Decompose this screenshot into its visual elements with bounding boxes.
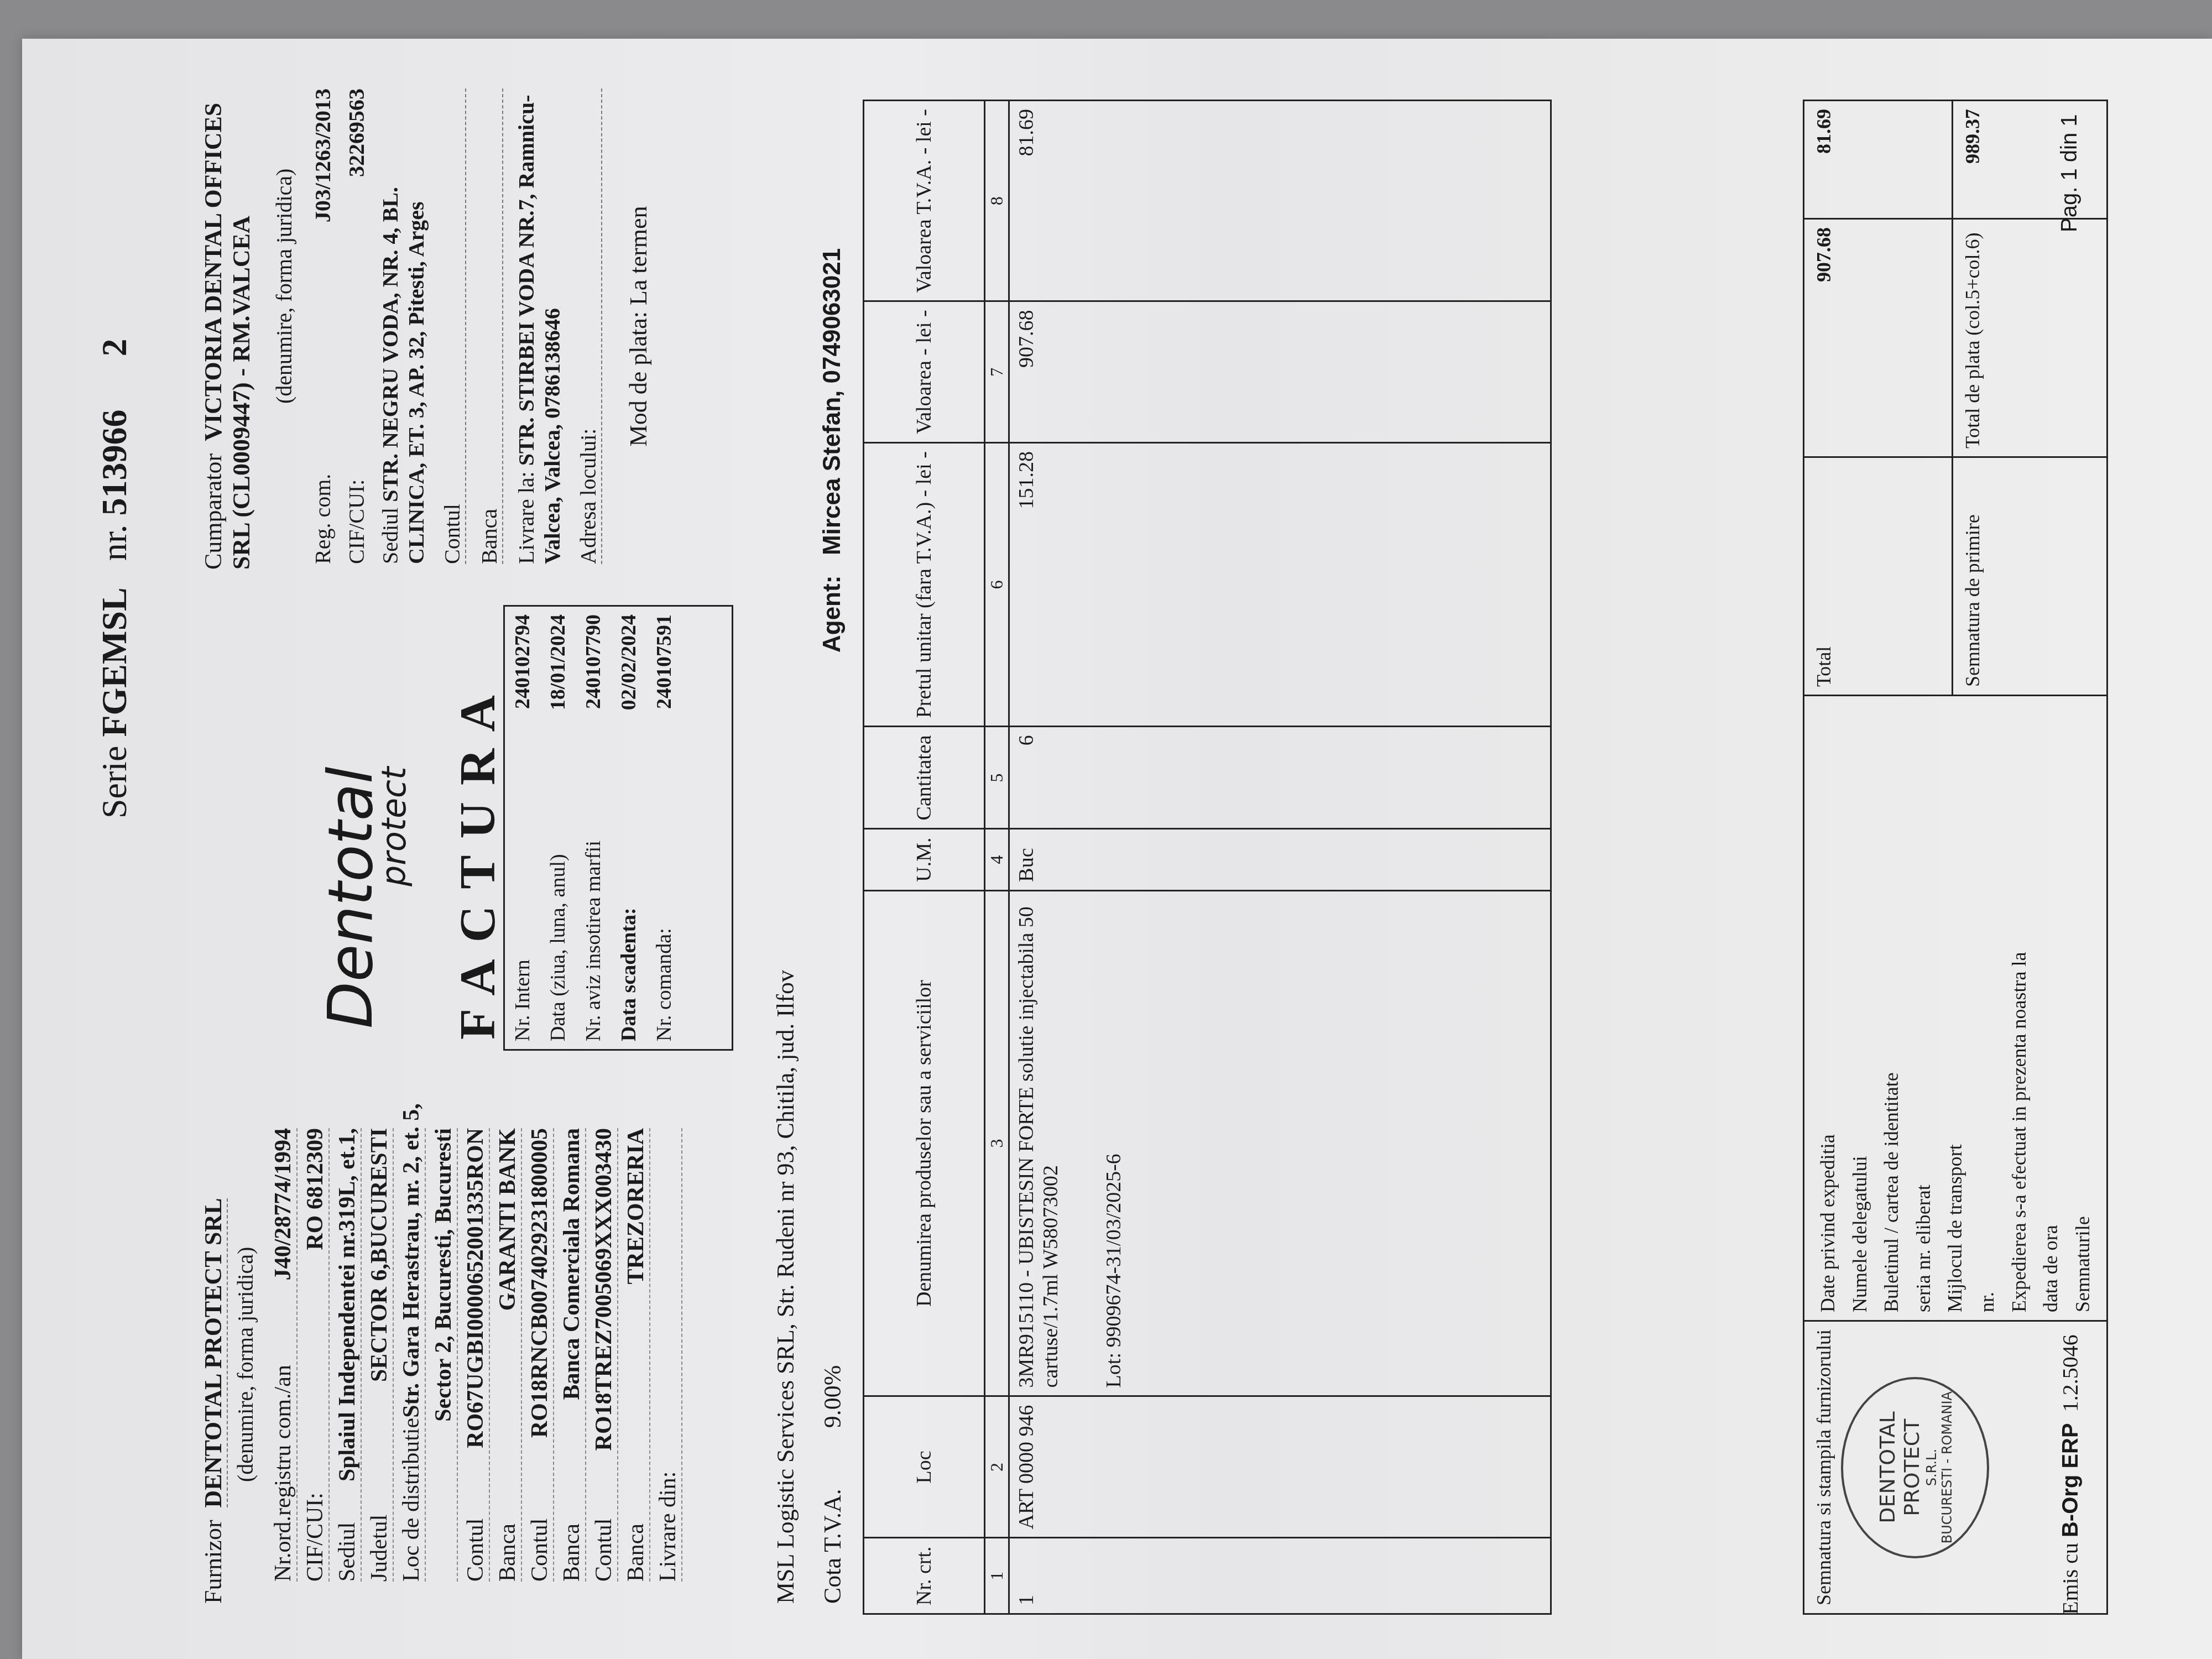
row-label: Nr.ord.registru com./an — [270, 1365, 296, 1582]
buyer-details: Reg. com.J03/1263/2013 CIF/CUI:32269563 … — [310, 88, 653, 564]
items-table: Nr. crt.LocDenumirea produselor sau a se… — [863, 100, 1552, 1615]
total-vat: 81.69 — [1804, 101, 1953, 219]
table-row: 1ART 0000 9463MR915110 - UBISTESIN FORTE… — [1009, 101, 1551, 1614]
company-stamp: DENTOTALPROTECTS.R.L.BUCURESTI - ROMANIA — [1841, 1377, 1989, 1558]
shipping-line: Semnaturile — [2067, 704, 2099, 1312]
cell-vat: 81.69 — [1009, 101, 1551, 301]
row-value: RO 6812309 — [302, 1128, 328, 1250]
total-label: Total — [1804, 457, 1953, 696]
row-value: Banca Comerciala Romana — [559, 1128, 585, 1400]
row-value: RO18TREZ7005069XXX003430 — [591, 1128, 617, 1451]
supplier-row: Livrare din: — [655, 1128, 682, 1582]
row-value: TREZORERIA — [623, 1128, 649, 1284]
row-value: J40/28774/1994 — [270, 1128, 296, 1280]
supplier-row: ContulRO67UGBI0000652001335RON — [462, 1128, 490, 1582]
erp-info: Emis cu B-Org ERP 1.2.5046 — [2057, 1334, 2083, 1615]
dentotal-logo: Dentotalprotect — [315, 766, 414, 1029]
row-label: CIF/CUI: — [302, 1493, 328, 1582]
column-number: 7 — [985, 301, 1009, 443]
page-number: Pag. 1 din 1 — [2057, 114, 2082, 233]
cell-quantity: 6 — [1009, 727, 1551, 829]
shipping-line: nr. — [1971, 704, 2004, 1312]
supplier-row: Loc de distributieStr. Gara Herastrau, n… — [398, 1128, 426, 1582]
info-value: 240107591 — [646, 607, 682, 757]
supplier-row: Nr.ord.registru com./anJ40/28774/1994 — [270, 1128, 298, 1582]
info-label: Nr. comanda: — [646, 757, 682, 1049]
cell-loc: ART 0000 946 — [1009, 1396, 1551, 1538]
cell-um: Buc — [1009, 829, 1551, 890]
stamp-text: DENTOTAL — [1875, 1411, 1900, 1523]
stamp-text: BUCURESTI - ROMANIA — [1939, 1391, 1955, 1543]
buyer-block: Cumparator VICTORIA DENTAL OFFICES SRL (… — [199, 83, 255, 570]
buyer-name-hint: (denumire, forma juridica) — [271, 169, 297, 404]
info-label: Nr. Intern — [505, 757, 540, 1049]
column-header: Pretul unitar (fara T.V.A.) - lei - — [864, 443, 985, 727]
cell-unit-price: 151.28 — [1009, 443, 1551, 727]
invoice-info-row: Data scadenta:02/02/2024 — [611, 607, 646, 1049]
supplier-row: BancaTREZORERIA — [623, 1128, 650, 1582]
shipping-line: data de ora — [2035, 704, 2067, 1312]
invoice-info-box: Nr. Intern240102794Data (ziua, luna, anu… — [503, 605, 733, 1051]
row-label: Contul — [591, 1519, 617, 1582]
column-number: 5 — [985, 727, 1009, 829]
info-label: Data (ziua, luna, anul) — [540, 757, 576, 1049]
invoice-page: Serie FGEMSL nr. 513966 2 Furnizor DENTO… — [72, 66, 2118, 1648]
supplier-row: BancaGARANTI BANK — [494, 1128, 522, 1582]
shipping-line: Expedierea s-a efectuat in prezenta noas… — [2004, 704, 2036, 1312]
cell-product: 3MR915110 - UBISTESIN FORTE solutie inje… — [1009, 890, 1551, 1396]
row-label: Sediul — [334, 1522, 361, 1582]
delivery-from: MSL Logistic Services SRL, Str. Rudeni n… — [771, 970, 800, 1604]
column-number: 1 — [985, 1538, 1009, 1614]
column-header: U.M. — [864, 829, 985, 890]
info-value: 02/02/2024 — [611, 607, 646, 757]
shipping-details: Date privind expeditiaNumele delegatului… — [1804, 696, 2107, 1321]
info-label: Data scadenta: — [611, 757, 646, 1049]
column-header: Denumirea produselor sau a serviciilor — [864, 890, 985, 1396]
column-number: 8 — [985, 101, 1009, 301]
column-header: Nr. crt. — [864, 1538, 985, 1614]
agent: Agent: Mircea Stefan, 0749063021 — [818, 248, 846, 653]
info-label: Nr. aviz insotirea marfii — [576, 757, 611, 1049]
row-label: Loc de distributie — [398, 1418, 425, 1582]
info-value: 18/01/2024 — [540, 607, 576, 757]
supplier-label: Furnizor DENTOTAL PROTECT SRL — [199, 1198, 227, 1604]
invoice-info-row: Nr. comanda:240107591 — [646, 607, 682, 1049]
invoice-paper: Serie FGEMSL nr. 513966 2 Furnizor DENTO… — [22, 39, 2212, 1659]
receipt-signature: Semnatura de primire — [1953, 457, 2107, 696]
column-number: 6 — [985, 443, 1009, 727]
shipping-line: Numele delegatului — [1844, 704, 1876, 1312]
stamp-text: S.R.L. — [1924, 1449, 1939, 1486]
info-value: 240102794 — [505, 607, 540, 757]
row-label: Judetul — [366, 1515, 393, 1582]
supplier-row: Sector 2, Bucuresti, Bucuresti — [430, 1128, 458, 1582]
row-label: Banca — [559, 1524, 585, 1582]
supplier-row: CIF/CUI:RO 6812309 — [302, 1128, 330, 1582]
invoice-info-row: Data (ziua, luna, anul)18/01/2024 — [540, 607, 576, 1049]
column-header: Valoarea - lei - — [864, 301, 985, 443]
product-lot: Lot: 9909674-31/03/2025-6 — [1102, 899, 1126, 1388]
document-title: FACTURA — [448, 679, 507, 1040]
row-label: Livrare din: — [655, 1472, 681, 1582]
supplier-name-hint: (denumire, forma juridica) — [232, 1247, 258, 1482]
row-value: GARANTI BANK — [494, 1128, 521, 1311]
invoice-info-row: Nr. aviz insotirea marfii240107790 — [576, 607, 611, 1049]
row-value: Str. Gara Herastrau, nr. 2, et. 5, — [398, 1103, 425, 1418]
stamp-text: PROTECT — [1900, 1418, 1924, 1516]
shipping-line: seria nr. eliberat — [1908, 704, 1940, 1312]
column-header: Valoarea T.V.A. - lei - — [864, 101, 985, 301]
invoice-series: Serie FGEMSL nr. 513966 2 — [94, 338, 135, 818]
shipping-line: Mijlocul de transport — [1939, 704, 1971, 1312]
column-number: 2 — [985, 1396, 1009, 1538]
shipping-line: Date privind expeditia — [1812, 704, 1844, 1312]
column-header: Loc — [864, 1396, 985, 1538]
total-due-label: Total de plata (col.5+col.6) — [1953, 219, 2107, 457]
row-value: RO18RNCB0074029231800005 — [526, 1128, 553, 1438]
column-number: 3 — [985, 890, 1009, 1396]
row-label: Contul — [526, 1519, 553, 1582]
row-value: Splaiul Independentei nr.319L, et.1, — [334, 1128, 361, 1481]
cell-nr: 1 — [1009, 1538, 1551, 1614]
row-value: Sector 2, Bucuresti, Bucuresti — [430, 1128, 457, 1422]
row-value: RO67UGBI0000652001335RON — [462, 1128, 489, 1448]
supplier-details: Nr.ord.registru com./anJ40/28774/1994CIF… — [265, 1128, 682, 1582]
supplier-row: BancaBanca Comerciala Romana — [559, 1128, 586, 1582]
column-number: 4 — [985, 829, 1009, 890]
supplier-row: ContulRO18TREZ7005069XXX003430 — [591, 1128, 618, 1582]
row-value: SECTOR 6,BUCURESTI — [366, 1128, 393, 1382]
total-due: 989.37 — [1953, 101, 2107, 219]
supplier-row: ContulRO18RNCB0074029231800005 — [526, 1128, 554, 1582]
row-label: Banca — [494, 1524, 521, 1582]
cell-value: 907.68 — [1009, 301, 1551, 443]
row-label: Contul — [462, 1519, 489, 1582]
supplier-row: JudetulSECTOR 6,BUCURESTI — [366, 1128, 394, 1582]
column-header: Cantitatea — [864, 727, 985, 829]
shipping-line: Buletinul / cartea de identitate — [1876, 704, 1908, 1312]
total-value: 907.68 — [1804, 219, 1953, 457]
supplier-row: SediulSplaiul Independentei nr.319L, et.… — [334, 1128, 362, 1582]
invoice-info-row: Nr. Intern240102794 — [505, 607, 540, 1049]
row-label: Banca — [623, 1524, 649, 1582]
vat-rate: Cota T.V.A. 9.00% — [818, 1365, 847, 1604]
product-name: 3MR915110 - UBISTESIN FORTE solutie inje… — [1014, 899, 1063, 1388]
info-value: 240107790 — [576, 607, 611, 757]
